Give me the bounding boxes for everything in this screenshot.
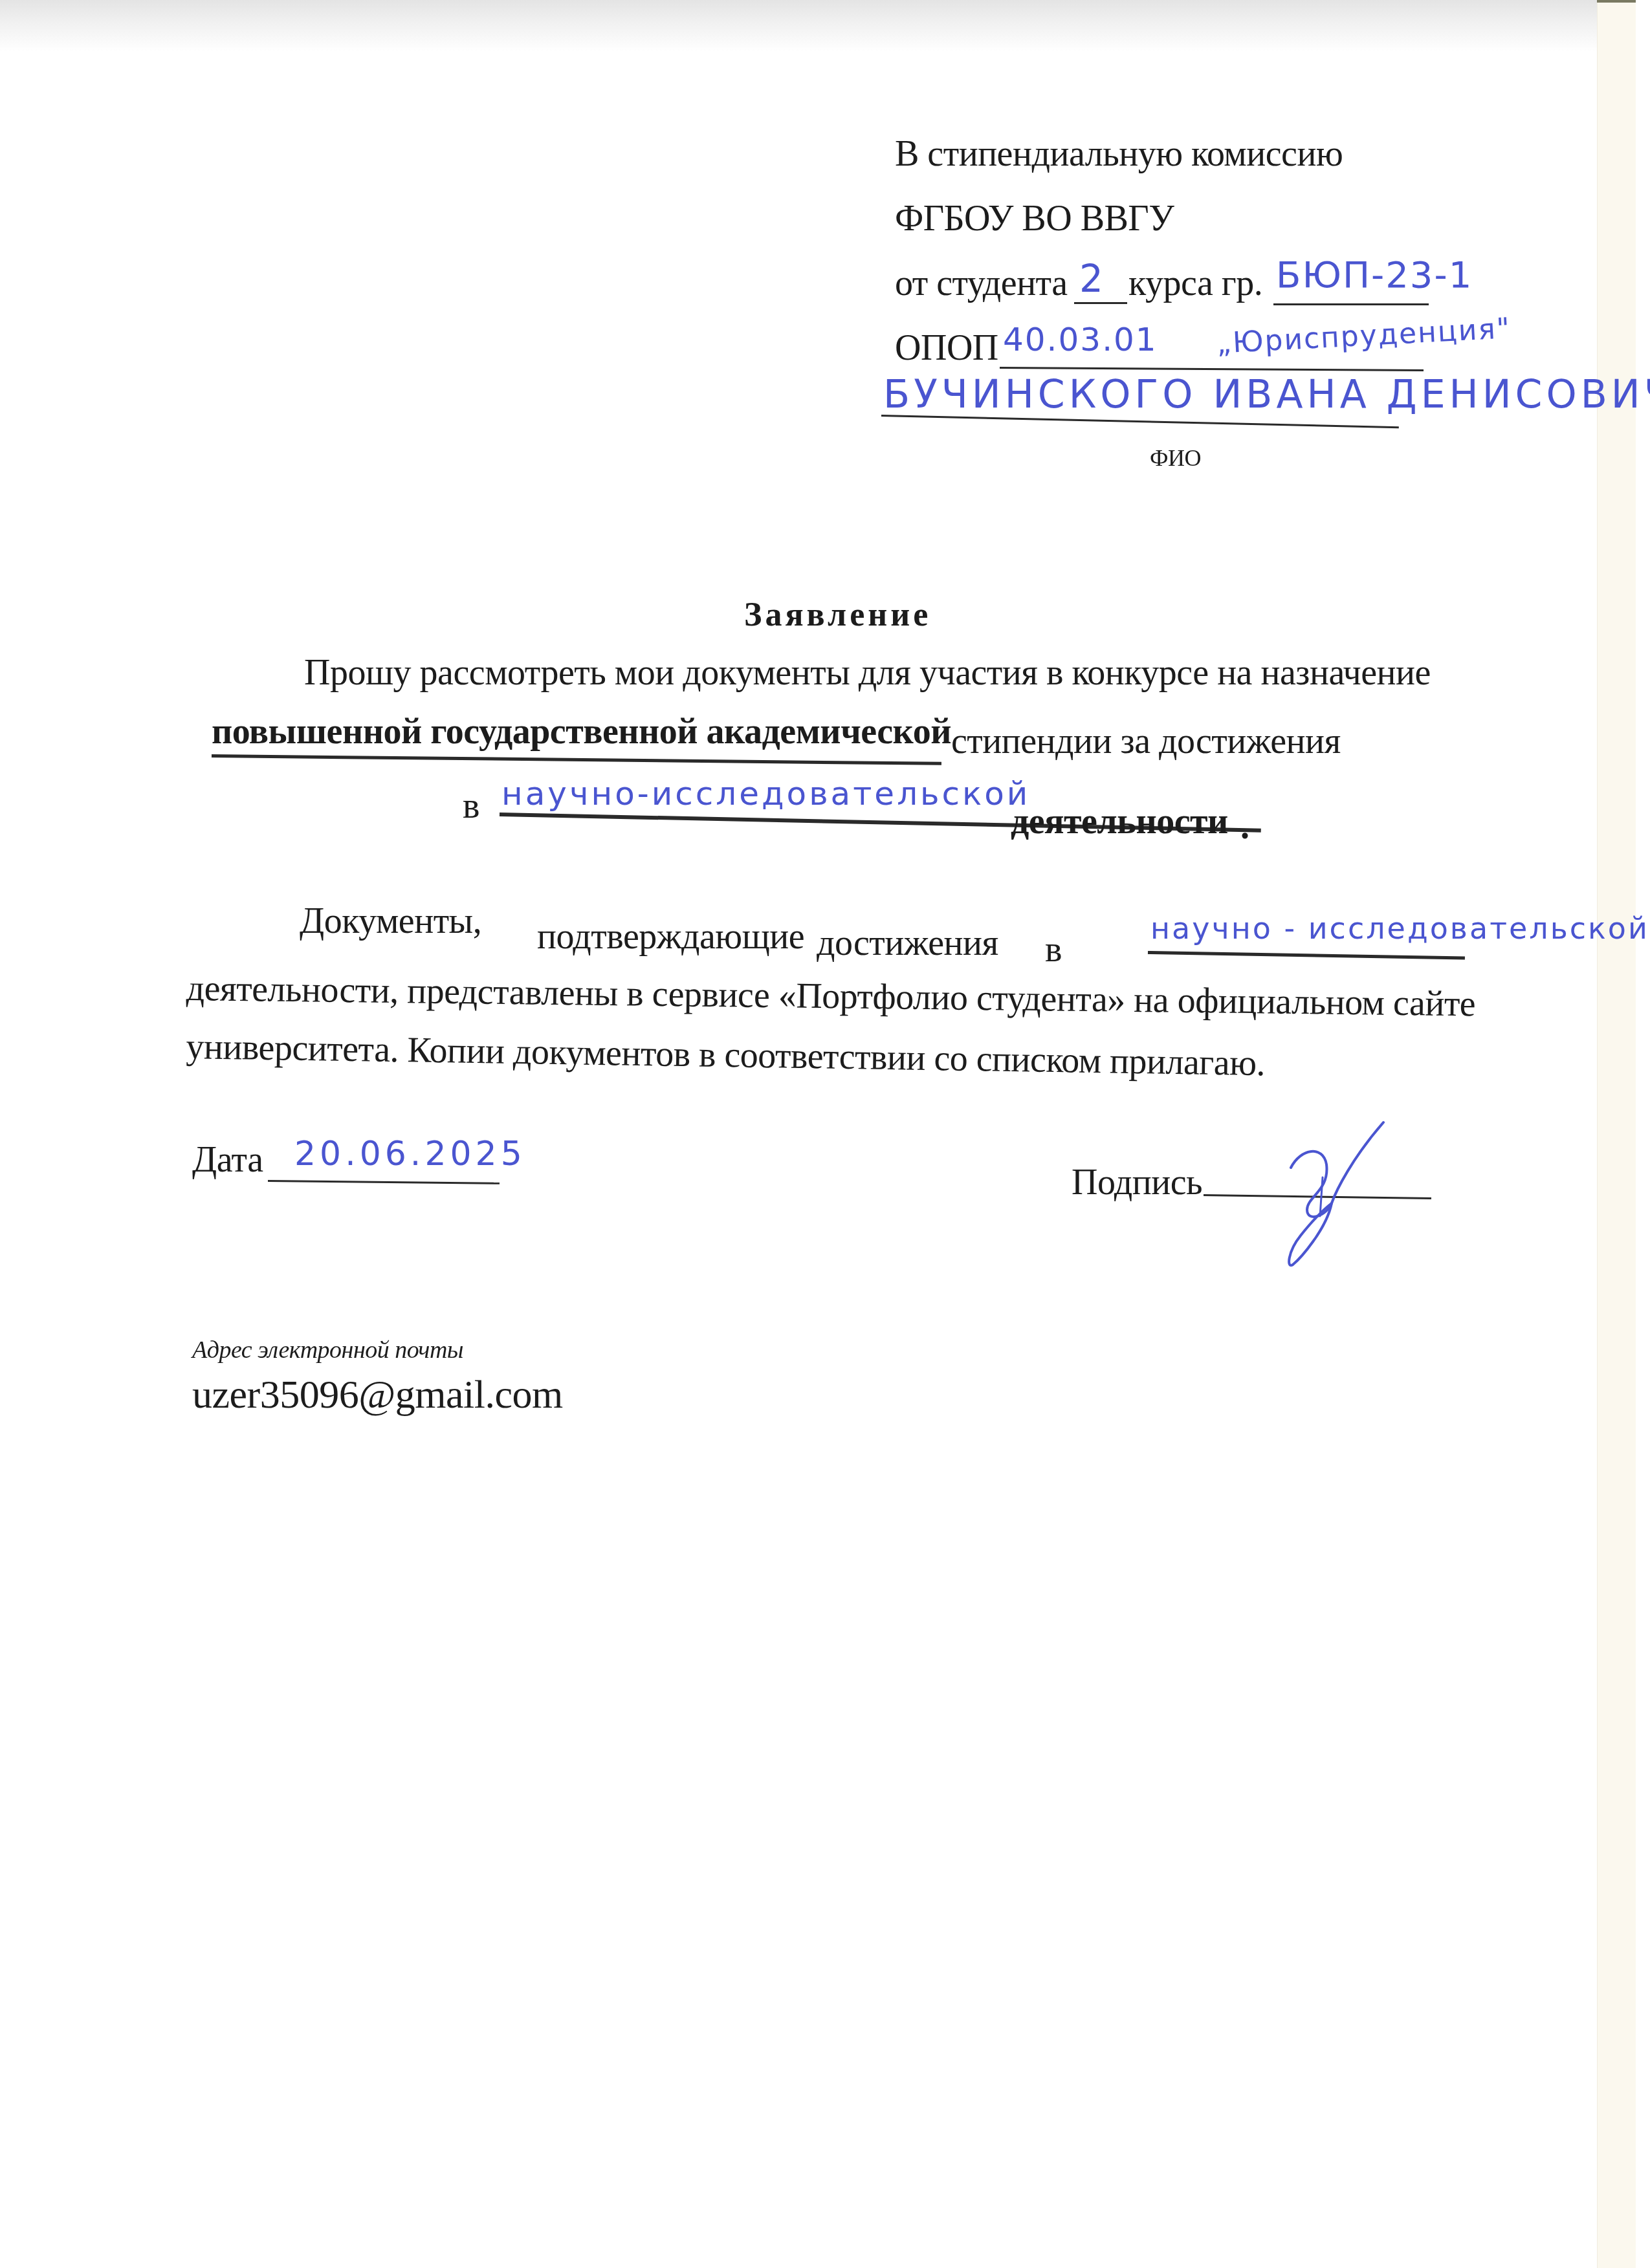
date-field: 20.06.2025 xyxy=(294,1137,526,1171)
group-field: БЮП-23-1 xyxy=(1276,257,1473,294)
signature-scribble-icon xyxy=(1255,1119,1424,1274)
scan-edge-strip xyxy=(1597,0,1636,2268)
opop-code-field: 40.03.01 xyxy=(1003,323,1158,356)
scholarship-type-underline xyxy=(212,754,941,765)
scan-top-shadow xyxy=(0,0,1597,52)
activity-underline-2 xyxy=(1148,951,1465,960)
email-label: Адрес электронной почты xyxy=(192,1338,463,1362)
para2-word-3: достижения xyxy=(817,925,998,961)
para2-word-1: Документы, xyxy=(300,903,481,939)
activity-field-1: научно-исследовательской xyxy=(501,778,1030,810)
scanned-page: В стипендиальную комиссию ФГБОУ ВО ВВГУ … xyxy=(0,0,1650,2268)
opop-underline xyxy=(1000,367,1424,371)
para2-line2: деятельности, представлены в сервисе «По… xyxy=(186,970,1475,1022)
group-underline xyxy=(1273,303,1429,305)
course-underline xyxy=(1074,302,1127,304)
fio-caption: ФИО xyxy=(1150,446,1201,470)
scholarship-type: повышенной государственной академической xyxy=(212,714,951,750)
fio-field: БУЧИНСКОГО ИВАНА ДЕНИСОВИЧА xyxy=(883,375,1650,414)
scan-edge-mark xyxy=(1597,0,1636,3)
para2-word-4: в xyxy=(1045,932,1062,968)
para1-line1: Прошу рассмотреть мои документы для учас… xyxy=(304,655,1431,691)
course-label: курса гр. xyxy=(1128,265,1262,301)
date-label: Дата xyxy=(192,1142,263,1178)
recipient-line-2: ФГБОУ ВО ВВГУ xyxy=(895,201,1174,237)
date-underline xyxy=(268,1180,500,1184)
opop-label: ОПОП xyxy=(895,330,998,366)
document-title: Заявление xyxy=(744,598,931,632)
para2-word-2: подтверждающие xyxy=(537,919,804,955)
signature-label: Подпись xyxy=(1072,1164,1202,1201)
scan-outer-margin xyxy=(1636,0,1650,2268)
para2-line3: университета. Копии документов в соответ… xyxy=(186,1029,1265,1082)
email-value: uzer35096@gmail.com xyxy=(192,1375,563,1415)
course-field: 2 xyxy=(1079,260,1105,298)
student-prefix: от студента xyxy=(895,265,1068,301)
period: . xyxy=(1240,809,1249,845)
para1-line2-rest: стипендии за достижения xyxy=(951,723,1341,759)
recipient-line-1: В стипендиальную комиссию xyxy=(895,136,1343,172)
activity-suffix: деятельности xyxy=(1011,803,1228,840)
para1-line3-prefix: в xyxy=(463,788,479,824)
activity-field-2: научно - исследовательской xyxy=(1150,913,1649,943)
opop-name-field: „Юриспруденция" xyxy=(1216,314,1512,358)
